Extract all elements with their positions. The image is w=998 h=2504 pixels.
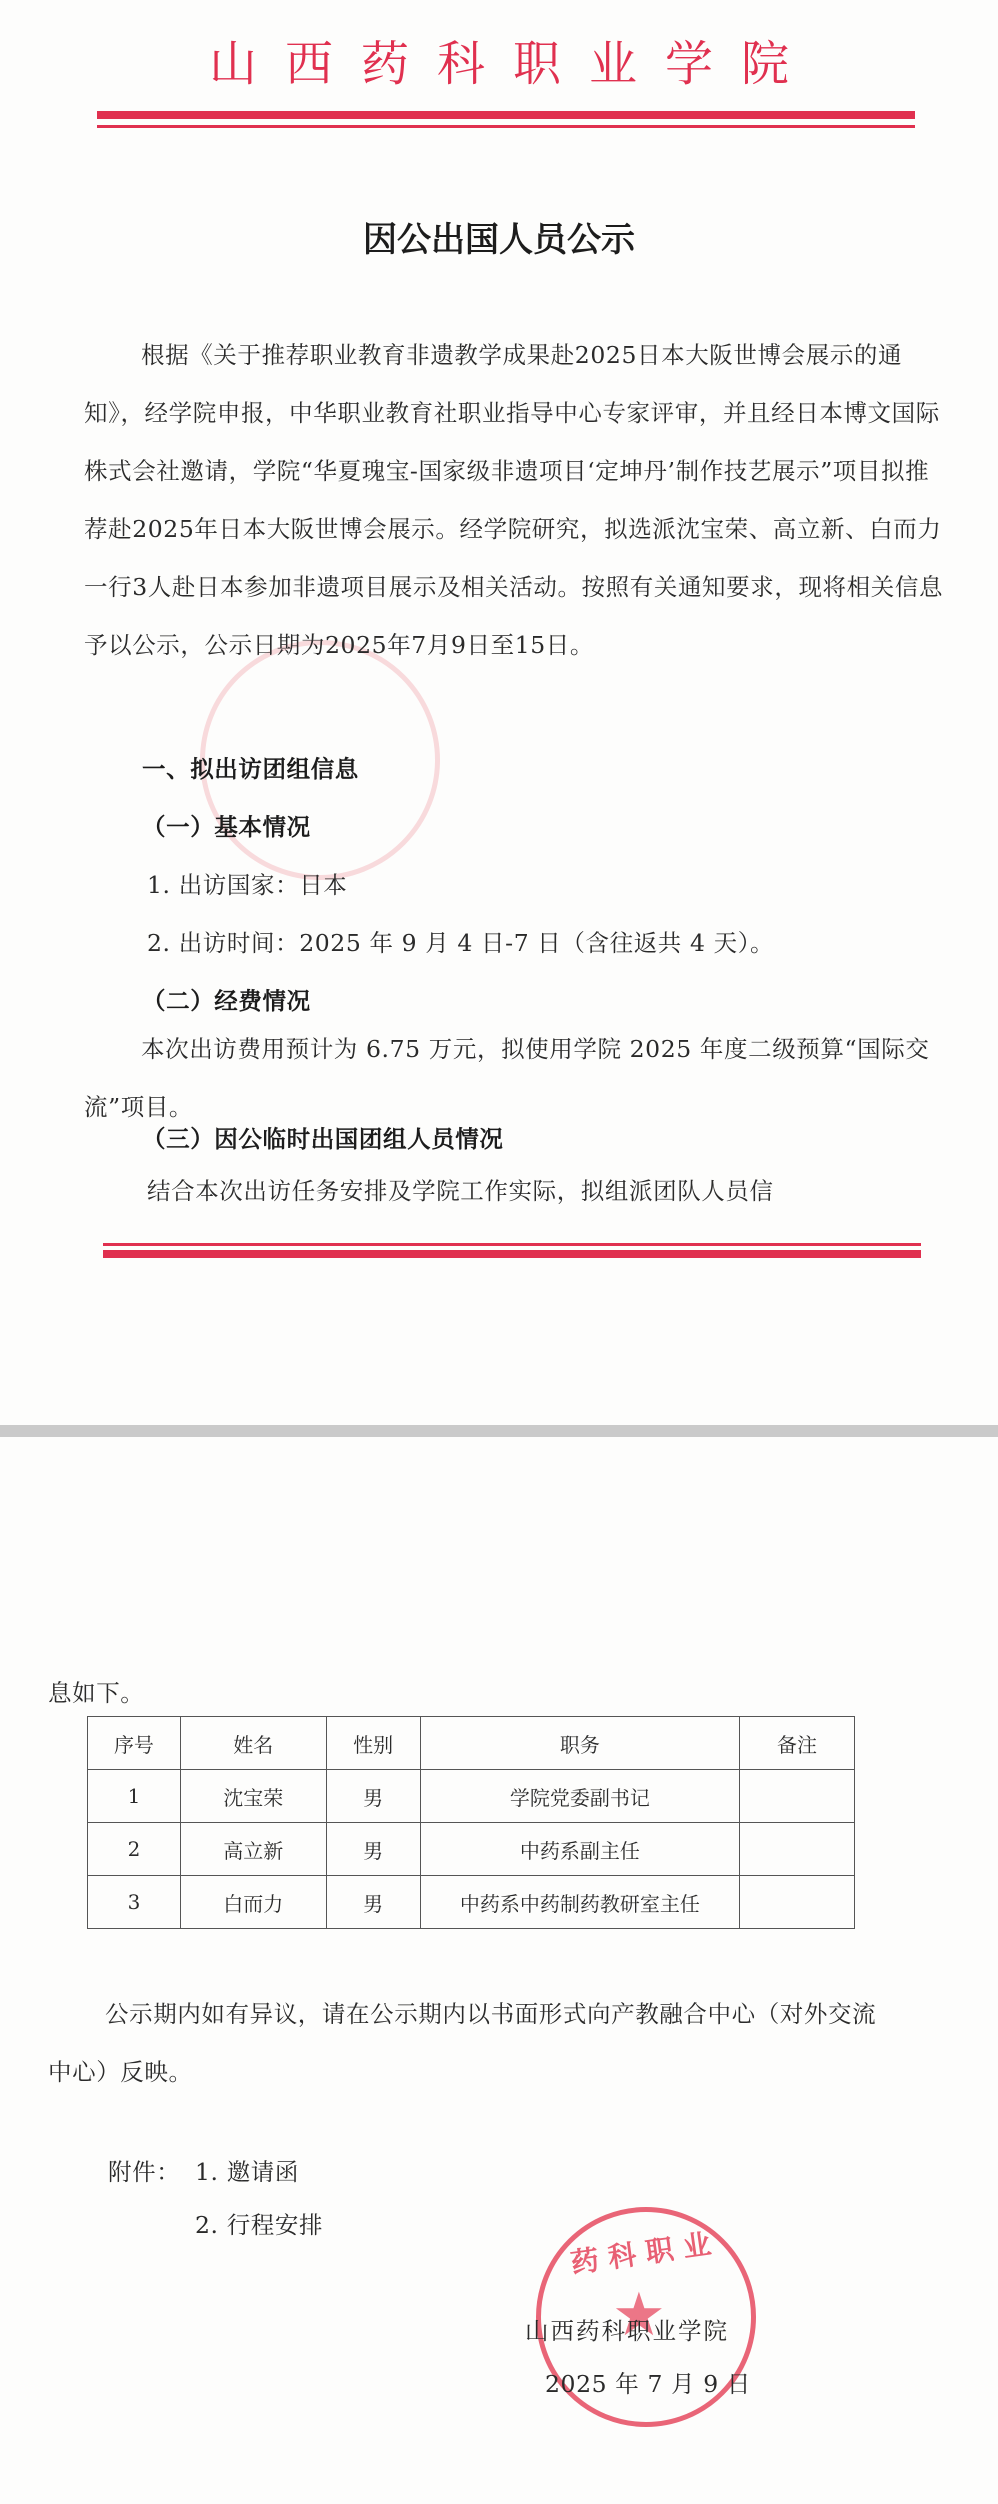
document-page-1: 山西药科职业学院 因公出国人员公示 根据《关于推荐职业教育非遗教学成果赴2025… bbox=[0, 0, 998, 1425]
cell-index: 2 bbox=[88, 1823, 181, 1876]
cell-remarks bbox=[740, 1770, 855, 1823]
delegation-members-table: 序号 姓名 性别 职务 备注 1 沈宝荣 男 学院党委副书记 2 高立新 男 中… bbox=[87, 1716, 855, 1929]
header-name: 姓名 bbox=[180, 1717, 326, 1770]
cell-position: 中药系副主任 bbox=[420, 1823, 740, 1876]
page-separator bbox=[0, 1425, 998, 1437]
item-visit-dates: 2. 出访时间：2025 年 9 月 4 日-7 日（含往返共 4 天）。 bbox=[147, 924, 774, 958]
header-position: 职务 bbox=[420, 1717, 740, 1770]
attachment-item-1: 1. 邀请函 bbox=[195, 2153, 299, 2187]
cell-index: 1 bbox=[88, 1770, 181, 1823]
footer-thin-rule bbox=[103, 1243, 921, 1246]
header-index: 序号 bbox=[88, 1717, 181, 1770]
header-remarks: 备注 bbox=[740, 1717, 855, 1770]
signature-date: 2025 年 7 月 9 日 bbox=[545, 2365, 751, 2399]
cell-remarks bbox=[740, 1823, 855, 1876]
header-gender: 性别 bbox=[326, 1717, 420, 1770]
letterhead-thin-rule bbox=[97, 125, 915, 128]
subsection-2-heading: （二）经费情况 bbox=[142, 982, 311, 1016]
footer-thick-rule bbox=[103, 1250, 921, 1258]
attachments-label: 附件： bbox=[108, 2153, 180, 2187]
letterhead-thick-rule bbox=[97, 111, 915, 119]
item-destination-country: 1. 出访国家：日本 bbox=[147, 866, 347, 900]
section-1-heading: 一、拟出访团组信息 bbox=[142, 750, 359, 784]
table-row: 2 高立新 男 中药系副主任 bbox=[88, 1823, 855, 1876]
personnel-paragraph-start: 结合本次出访任务安排及学院工作实际，拟组派团队人员信 bbox=[147, 1172, 774, 1206]
cell-gender: 男 bbox=[326, 1876, 420, 1929]
subsection-3-heading: （三）因公临时出国团组人员情况 bbox=[142, 1120, 504, 1154]
table-row: 3 白而力 男 中药系中药制药教研室主任 bbox=[88, 1876, 855, 1929]
letterhead-title: 山西药科职业学院 bbox=[0, 34, 998, 94]
cell-remarks bbox=[740, 1876, 855, 1929]
table-row: 1 沈宝荣 男 学院党委副书记 bbox=[88, 1770, 855, 1823]
signature-organization: 山西药科职业学院 bbox=[525, 2312, 729, 2346]
cell-name: 沈宝荣 bbox=[180, 1770, 326, 1823]
objection-paragraph: 公示期内如有异议，请在公示期内以书面形式向产教融合中心（对外交流中心）反映。 bbox=[48, 1985, 878, 2101]
personnel-paragraph-end: 息如下。 bbox=[48, 1674, 144, 1708]
funding-paragraph: 本次出访费用预计为 6.75 万元，拟使用学院 2025 年度二级预算“国际交流… bbox=[84, 1020, 944, 1136]
intro-paragraph: 根据《关于推荐职业教育非遗教学成果赴2025日本大阪世博会展示的通知》，经学院申… bbox=[84, 326, 944, 674]
cell-name: 白而力 bbox=[180, 1876, 326, 1929]
cell-index: 3 bbox=[88, 1876, 181, 1929]
subsection-1-heading: （一）基本情况 bbox=[142, 808, 311, 842]
attachment-item-2: 2. 行程安排 bbox=[195, 2206, 323, 2240]
document-page-2: 息如下。 bbox=[0, 1437, 998, 2504]
document-title: 因公出国人员公示 bbox=[0, 212, 998, 261]
cell-position: 中药系中药制药教研室主任 bbox=[420, 1876, 740, 1929]
cell-gender: 男 bbox=[326, 1823, 420, 1876]
cell-position: 学院党委副书记 bbox=[420, 1770, 740, 1823]
cell-name: 高立新 bbox=[180, 1823, 326, 1876]
table-header-row: 序号 姓名 性别 职务 备注 bbox=[88, 1717, 855, 1770]
cell-gender: 男 bbox=[326, 1770, 420, 1823]
